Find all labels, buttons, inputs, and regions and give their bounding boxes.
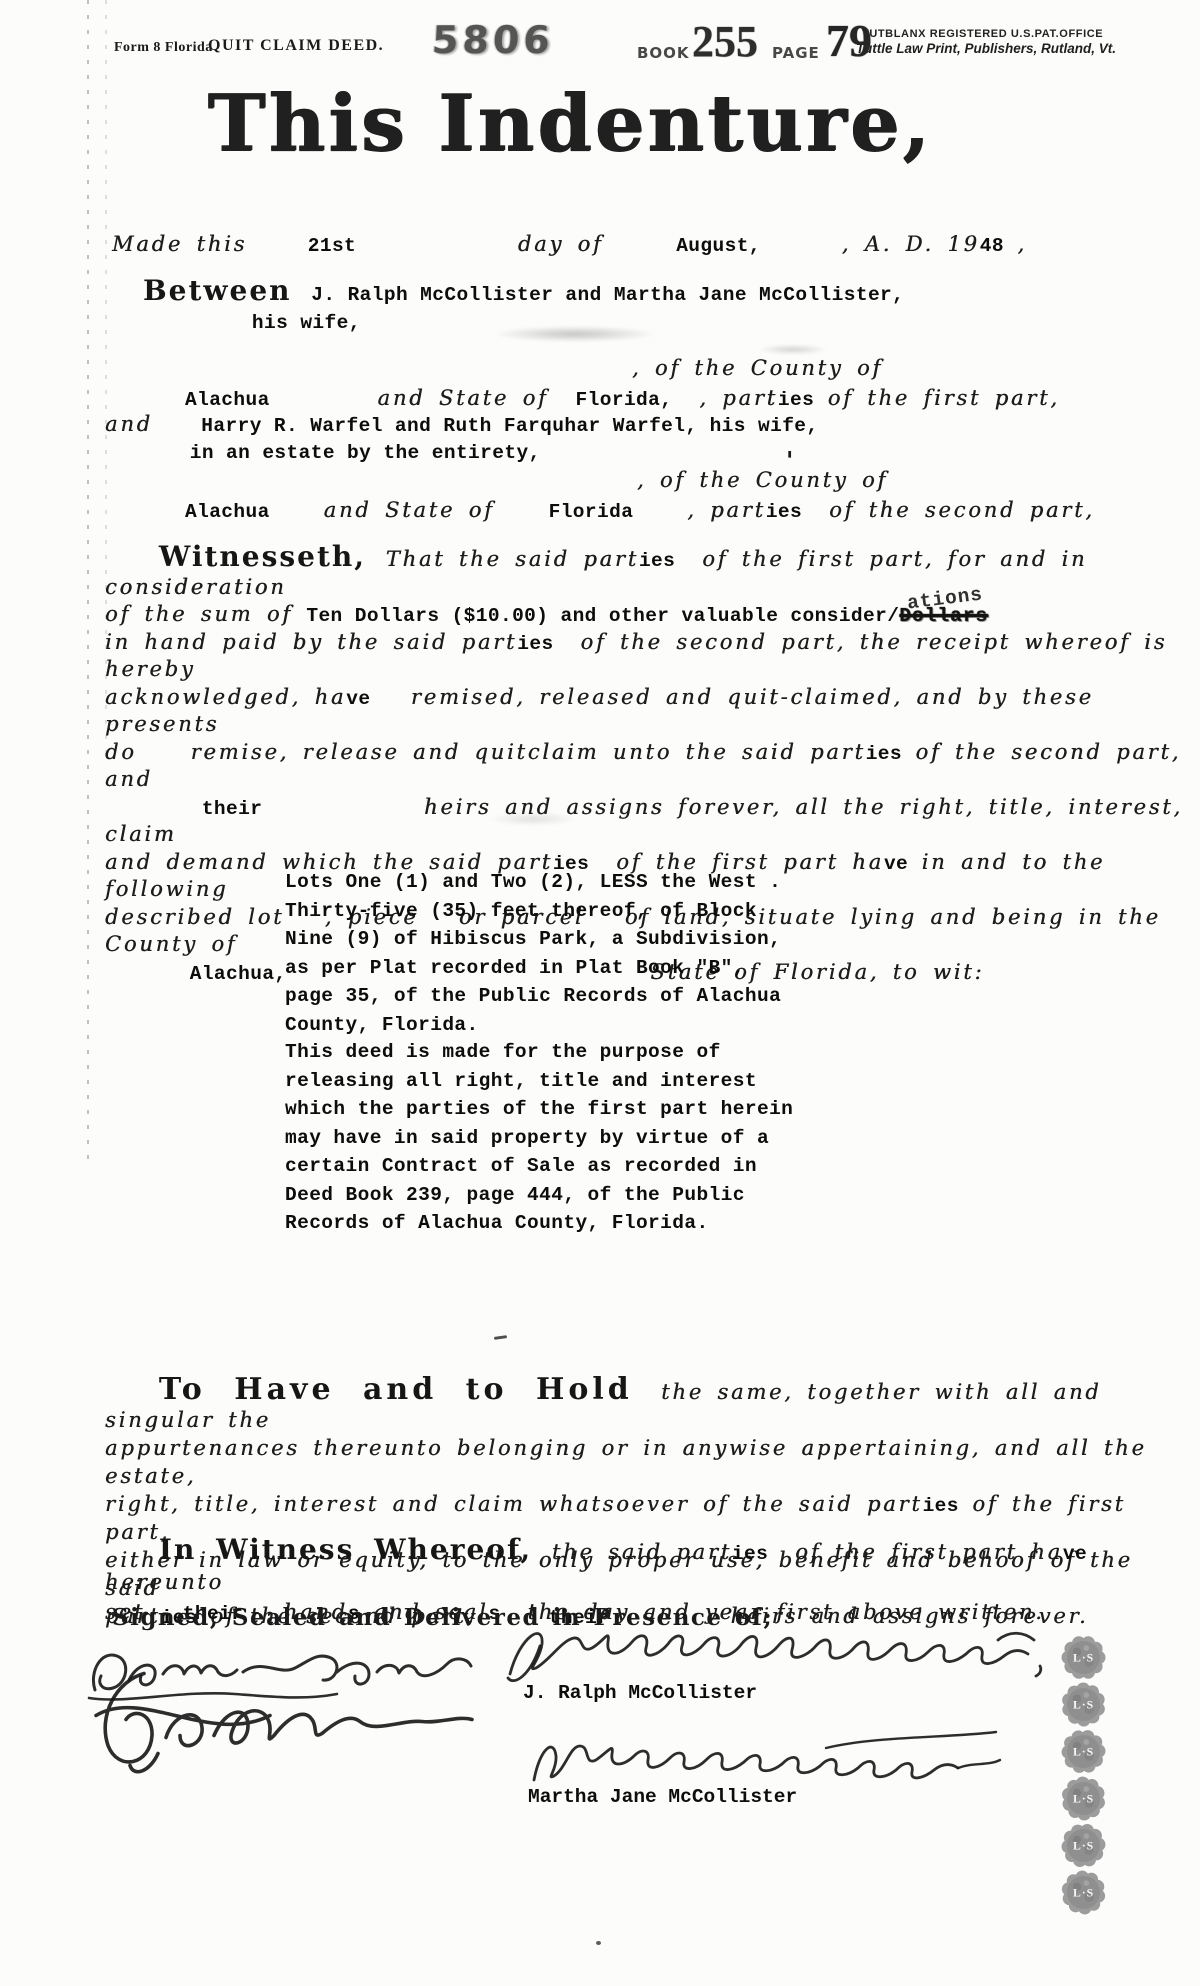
stray-dash-mark	[494, 1335, 507, 1340]
typed-text: This deed is made for the purpose of	[285, 1041, 721, 1063]
printed-text: , part	[672, 386, 778, 410]
printed-text	[105, 547, 159, 571]
printed-text: and State of	[270, 386, 576, 410]
notary-seal: L·S	[1060, 1869, 1107, 1916]
grantee-parties-block: and Harry R. Warfel and Ruth Farquhar Wa…	[105, 412, 819, 466]
typed-text: ve	[1063, 1543, 1087, 1565]
typed-text: in an estate by the entirety,	[105, 442, 541, 464]
text-line: acknowledged, have remised, released and…	[105, 685, 1200, 740]
typed-text: Deed Book 239, page 444, of the Public	[285, 1184, 745, 1206]
typed-text: County, Florida.	[285, 1014, 479, 1036]
typed-text: page 35, of the Public Records of Alachu…	[285, 985, 781, 1007]
typed-text: their	[105, 798, 262, 820]
legal-description-block: Lots One (1) and Two (2), LESS the West …	[285, 868, 781, 1039]
printed-text: , of the County of	[632, 356, 883, 380]
typed-text: ies	[778, 389, 814, 411]
state-clause-second: Alachua and State of Florida , parties o…	[185, 498, 1095, 523]
printed-text	[105, 1380, 159, 1404]
text-line: do remise, release and quitclaim unto th…	[105, 740, 1200, 795]
text-line: may have in said property by virtue of a	[285, 1124, 793, 1153]
county-clause-first: , of the County of	[105, 356, 883, 380]
text-line: as per Plat recorded in Plat Book "B",	[285, 954, 781, 983]
notary-seal: L·S	[1060, 1681, 1107, 1728]
text-line: Records of Alachua County, Florida.	[285, 1209, 793, 1238]
text-line: County, Florida.	[285, 1011, 781, 1040]
book-label: BOOK	[637, 44, 690, 62]
printed-text: of the sum of	[105, 602, 306, 626]
state-clause-first: Alachua and State of Florida, , parties …	[185, 386, 1060, 411]
typed-text: Lots One (1) and Two (2), LESS the West …	[285, 871, 781, 893]
binding-fold-mark	[87, 0, 89, 1170]
text-line: To Have and to Hold the same, together w…	[105, 1372, 1200, 1436]
printed-text: right, title, interest and claim whatsoe…	[105, 1492, 923, 1516]
stray-dot-mark	[596, 1941, 601, 1945]
typed-text: Florida	[549, 501, 634, 523]
overtyped-correction: Dollarsations	[899, 603, 988, 630]
typed-text: Harry R. Warfel and Ruth Farquhar Warfel…	[153, 415, 819, 437]
typed-text: certain Contract of Sale as recorded in	[285, 1155, 757, 1177]
instrument-number-stamp: 5806	[431, 18, 555, 62]
text-line: appurtenances thereunto belonging or in …	[105, 1436, 1200, 1492]
printed-text: and	[105, 412, 153, 436]
notary-seal: L·S	[1060, 1822, 1107, 1869]
text-line: Made this 21st day of August, , A. D. 19…	[112, 232, 1027, 257]
text-line: , of the County of	[105, 468, 888, 492]
text-line: which the parties of the first part here…	[285, 1095, 793, 1124]
printed-text: and State of	[270, 498, 549, 522]
typed-text: ve	[346, 688, 370, 710]
typed-text: ies	[732, 1543, 768, 1565]
printed-text: acknowledged, ha	[105, 685, 346, 709]
ink-smudge	[488, 812, 578, 826]
printed-text: in hand paid by the said part	[105, 630, 517, 654]
ink-smudge	[758, 344, 828, 355]
printed-text	[105, 1540, 159, 1564]
text-line: their heirs and assigns forever, all the…	[105, 795, 1200, 850]
printed-text: of the first part ha	[768, 1540, 1063, 1564]
typed-text: Alachua	[185, 501, 270, 523]
text-line: , of the County of	[105, 356, 883, 380]
typed-text: Thirty-five (35) feet thereof, of Block	[285, 900, 757, 922]
text-line: Deed Book 239, page 444, of the Public	[285, 1181, 793, 1210]
printed-text: appurtenances thereunto belonging or in …	[105, 1436, 1160, 1488]
typed-text: Records of Alachua County, Florida.	[285, 1212, 709, 1234]
printed-bold-text: Between	[143, 274, 311, 307]
text-line: Alachua and State of Florida , parties o…	[185, 498, 1095, 523]
seal-column: L·S L·S L·S L·S	[1060, 1634, 1108, 1916]
typed-text: 21st	[247, 235, 356, 257]
printed-bold-text: Witnesseth,	[159, 540, 386, 573]
printer-trademark-line: TUTBLANX REGISTERED U.S.PAT.OFFICE	[862, 28, 1103, 40]
notary-seal: L·S	[1060, 1775, 1107, 1822]
typed-text: which the parties of the first part here…	[285, 1098, 793, 1120]
printed-text: That the said part	[386, 547, 639, 571]
text-line: certain Contract of Sale as recorded in	[285, 1152, 793, 1181]
seal-label: L·S	[1073, 1652, 1094, 1665]
printed-text: of the first part,	[814, 386, 1060, 410]
printed-text: day of	[356, 232, 603, 256]
text-line: Lots One (1) and Two (2), LESS the West …	[285, 868, 781, 897]
text-line: page 35, of the Public Records of Alachu…	[285, 982, 781, 1011]
typed-text: August,	[604, 235, 761, 257]
text-line: Thirty-five (35) feet thereof, of Block	[285, 897, 781, 926]
notary-seal: L·S	[1060, 1634, 1107, 1681]
deed-scan-page: Form 8 Florida QUIT CLAIM DEED. 5806 BOO…	[0, 0, 1200, 1986]
typed-text: Alachua,	[105, 963, 287, 985]
typed-text: Alachua	[185, 389, 270, 411]
text-line: in an estate by the entirety,	[105, 439, 819, 466]
document-title: This Indenture,	[70, 78, 1070, 169]
typed-text: ies	[923, 1495, 959, 1517]
printed-text: the said part	[552, 1540, 732, 1564]
printed-text: , part	[633, 498, 766, 522]
typed-text: Nine (9) of Hibiscus Park, a Subdivision…	[285, 928, 781, 950]
notary-seal: L·S	[1060, 1728, 1107, 1775]
text-line: This deed is made for the purpose of	[285, 1038, 793, 1067]
printed-text: ,	[1004, 232, 1027, 256]
typed-text: ies	[766, 501, 802, 523]
typed-text: ve	[884, 853, 908, 875]
deed-purpose-block: This deed is made for the purpose ofrele…	[285, 1038, 793, 1238]
county-clause-second: , of the County of	[105, 468, 888, 492]
text-line: Witnesseth, That the said parties of the…	[105, 540, 1200, 602]
witness-signature-2	[92, 1652, 502, 1780]
text-line: and Harry R. Warfel and Ruth Farquhar Wa…	[105, 412, 819, 439]
typed-text: ies	[639, 550, 675, 572]
printed-bold-text: In Witness Whereof,	[159, 1533, 552, 1566]
seal-label: L·S	[1073, 1699, 1094, 1712]
typed-text: J. Ralph McCollister and Martha Jane McC…	[311, 284, 904, 306]
typed-text: ies	[517, 633, 553, 655]
text-line: in hand paid by the said parties of the …	[105, 630, 1200, 685]
text-line: of the sum of Ten Dollars ($10.00) and o…	[105, 602, 1200, 630]
text-line: In Witness Whereof, the said parties of …	[105, 1533, 1200, 1599]
printed-text: of the second part,	[802, 498, 1095, 522]
printed-text: do remise, release and quitclaim unto th…	[105, 740, 866, 764]
grantor1-signature	[500, 1610, 1048, 1692]
seal-label: L·S	[1073, 1793, 1094, 1806]
deed-type-label: QUIT CLAIM DEED.	[208, 37, 384, 55]
form-label: Form 8 Florida	[114, 40, 213, 56]
typed-text: as per Plat recorded in Plat Book "B",	[285, 957, 745, 979]
typed-text: 48	[980, 235, 1004, 257]
typed-text: Ten Dollars ($10.00) and other valuable …	[306, 605, 899, 627]
grantor2-typed-name: Martha Jane McCollister	[528, 1786, 797, 1808]
ink-smudge	[495, 326, 655, 342]
seal-label: L·S	[1073, 1746, 1094, 1759]
seal-label: L·S	[1073, 1840, 1094, 1853]
printed-text: , A. D. 19	[761, 232, 980, 256]
book-number-stamp: 255	[692, 16, 758, 67]
printed-text: Made this	[112, 232, 247, 256]
text-line: releasing all right, title and interest	[285, 1067, 793, 1096]
printed-bold-text: To Have and to Hold	[159, 1372, 661, 1407]
typed-text: Florida,	[576, 389, 673, 411]
text-line: Alachua and State of Florida, , parties …	[185, 386, 1060, 411]
date-line: Made this 21st day of August, , A. D. 19…	[112, 232, 1027, 257]
page-number-stamp: 79	[826, 14, 872, 67]
printed-text: , of the County of	[637, 468, 888, 492]
typed-text: his wife,	[143, 312, 361, 334]
printed-text: heirs and assigns forever, all the right…	[105, 795, 1196, 847]
text-line: Nine (9) of Hibiscus Park, a Subdivision…	[285, 925, 781, 954]
grantor1-typed-name: J. Ralph McCollister	[523, 1682, 757, 1704]
typed-text: may have in said property by virtue of a	[285, 1127, 769, 1149]
seal-label: L·S	[1073, 1887, 1094, 1900]
page-label: PAGE	[772, 44, 820, 62]
printer-imprint-line: Tuttle Law Print, Publishers, Rutland, V…	[856, 41, 1116, 56]
text-line: Between J. Ralph McCollister and Martha …	[143, 274, 904, 309]
typed-text: releasing all right, title and interest	[285, 1070, 757, 1092]
typed-text: ies	[866, 743, 902, 765]
